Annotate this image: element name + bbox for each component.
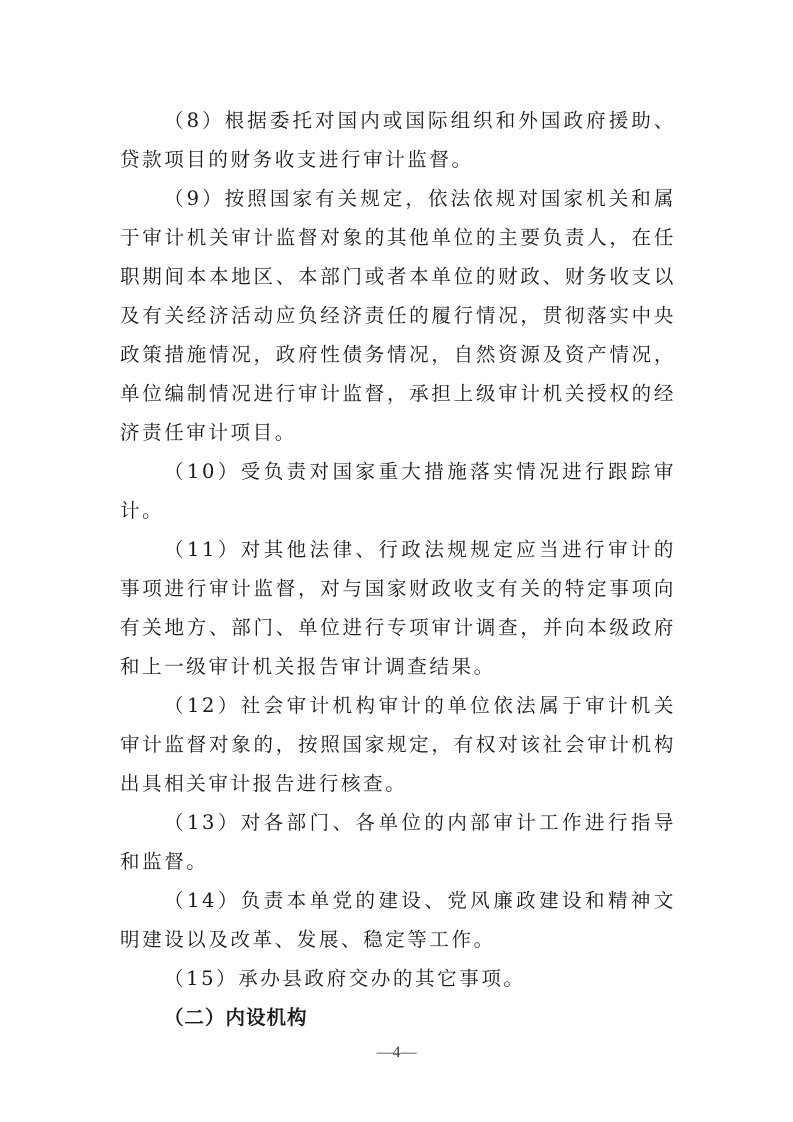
paragraph-item-11: （11）对其他法律、行政法规规定应当进行审计的事项进行审计监督，对与国家财政收支… [120, 530, 676, 686]
paragraph-item-14: （14）负责本单党的建设、党风廉政建设和精神文明建设以及改革、发展、稳定等工作。 [120, 881, 676, 959]
section-heading: （二）内设机构 [120, 998, 676, 1037]
document-body: （8）根据委托对国内或国际组织和外国政府援助、贷款项目的财务收支进行审计监督。 … [120, 101, 676, 1037]
paragraph-item-9: （9）按照国家有关规定，依法依规对国家机关和属于审计机关审计监督对象的其他单位的… [120, 179, 676, 452]
page-number: —4— [0, 1044, 793, 1062]
paragraph-item-13: （13）对各部门、各单位的内部审计工作进行指导和监督。 [120, 803, 676, 881]
document-page: （8）根据委托对国内或国际组织和外国政府援助、贷款项目的财务收支进行审计监督。 … [0, 0, 793, 1122]
paragraph-item-15: （15）承办县政府交办的其它事项。 [120, 959, 676, 998]
paragraph-item-10: （10）受负责对国家重大措施落实情况进行跟踪审计。 [120, 452, 676, 530]
paragraph-item-12: （12）社会审计机构审计的单位依法属于审计机关审计监督对象的，按照国家规定，有权… [120, 686, 676, 803]
paragraph-item-8: （8）根据委托对国内或国际组织和外国政府援助、贷款项目的财务收支进行审计监督。 [120, 101, 676, 179]
